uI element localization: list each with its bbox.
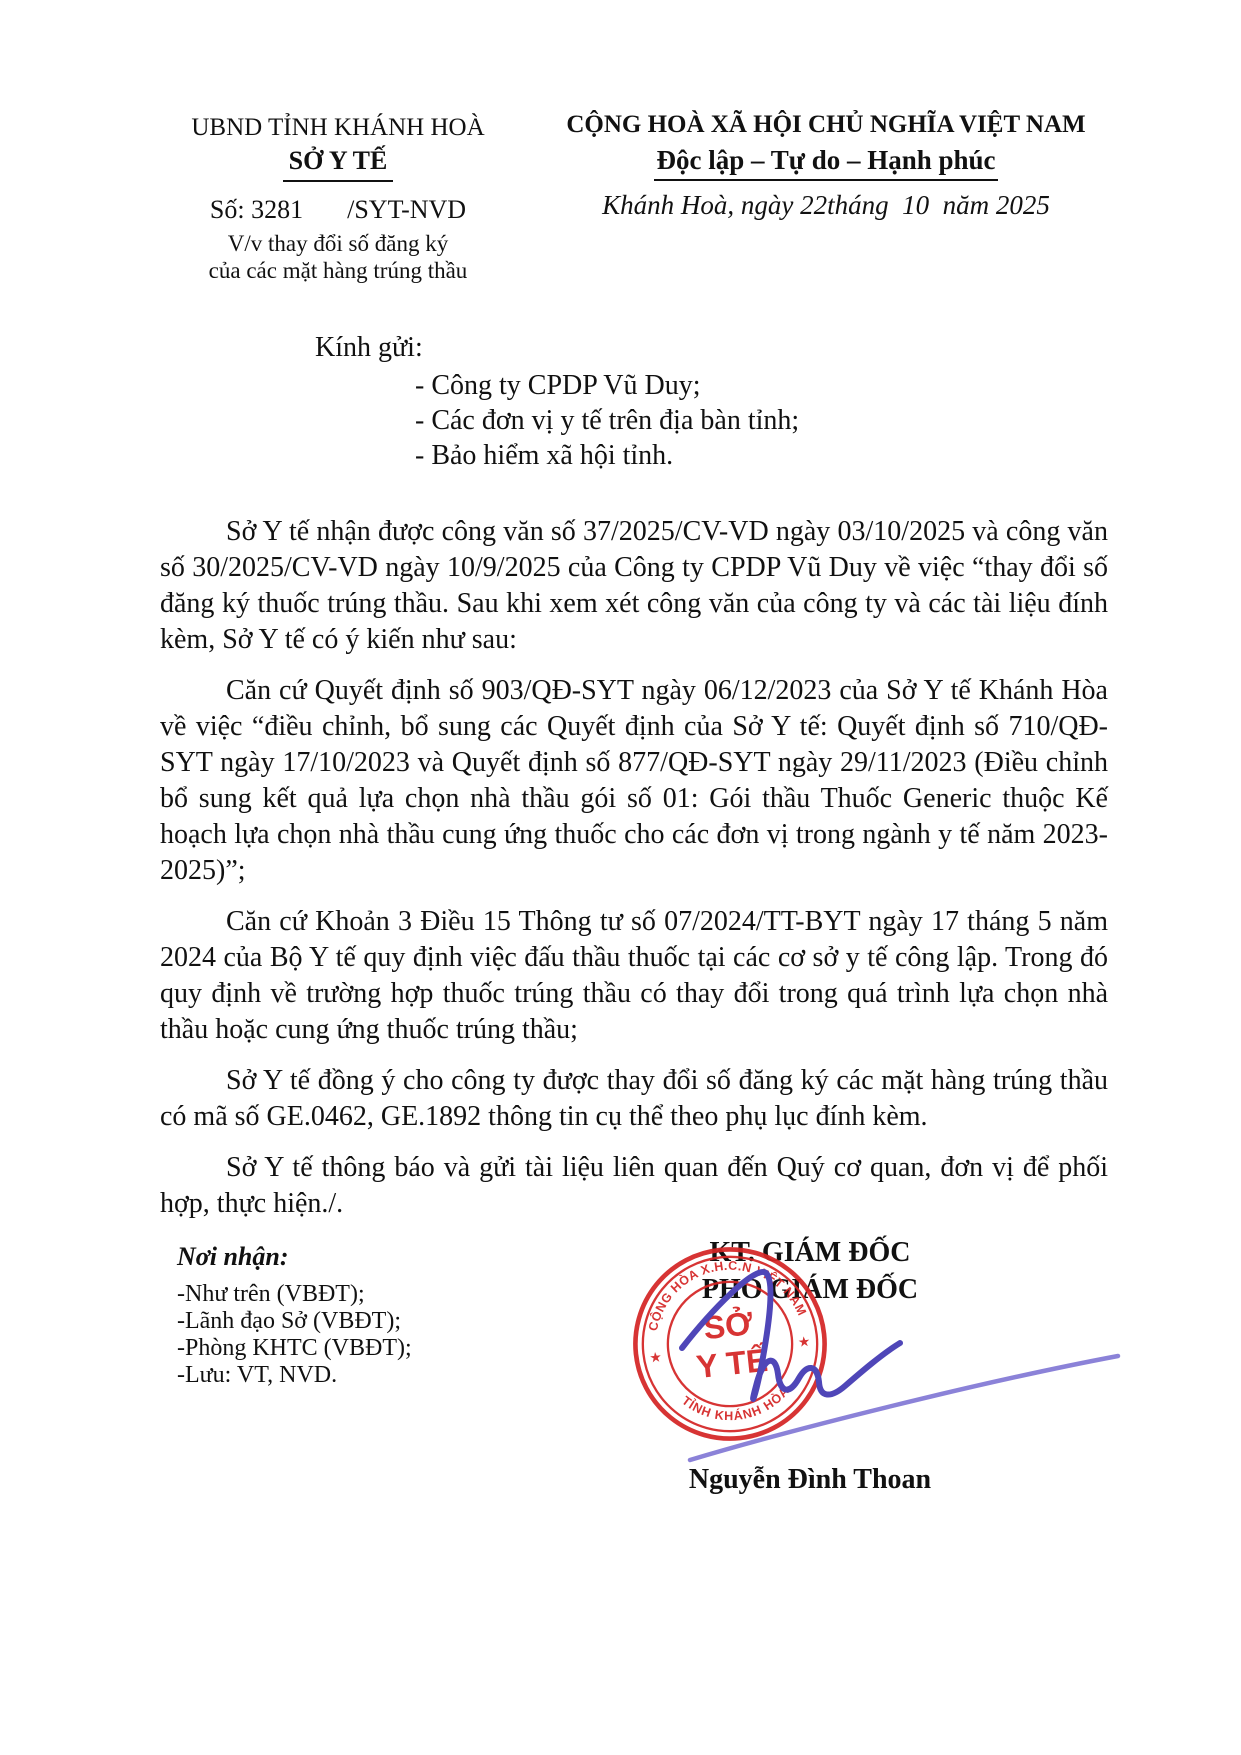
document-number-suffix: /SYT-NVD <box>347 194 466 227</box>
body-paragraph: Căn cứ Quyết định số 903/QĐ-SYT ngày 06/… <box>160 673 1108 889</box>
distribution-list: -Như trên (VBĐT); -Lãnh đạo Sở (VBĐT); -… <box>177 1281 412 1389</box>
body-paragraph: Sở Y tế đồng ý cho công ty được thay đổi… <box>160 1063 1108 1135</box>
body-paragraph: Sở Y tế nhận được công văn số 37/2025/CV… <box>160 514 1108 658</box>
document-page: UBND TỈNH KHÁNH HOÀ SỞ Y TẾ Số: 3281 /SY… <box>0 0 1241 1755</box>
handwritten-signature <box>560 1240 1160 1500</box>
national-title: CỘNG HOÀ XÃ HỘI CHỦ NGHĨA VIỆT NAM <box>556 110 1096 140</box>
recipient-list: - Công ty CPDP Vũ Duy; - Các đơn vị y tế… <box>415 368 799 473</box>
body-paragraph: Căn cứ Khoản 3 Điều 15 Thông tư số 07/20… <box>160 904 1108 1048</box>
distribution-item: -Như trên (VBĐT); <box>177 1281 412 1308</box>
body-paragraph: Sở Y tế thông báo và gửi tài liệu liên q… <box>160 1150 1108 1222</box>
national-motto: Độc lập – Tự do – Hạnh phúc <box>654 144 997 181</box>
subject-line-2: của các mặt hàng trúng thầu <box>168 257 508 284</box>
signature-underline-stroke <box>690 1356 1118 1460</box>
distribution-item: -Phòng KHTC (VBĐT); <box>177 1335 412 1362</box>
salutation-label: Kính gửi: <box>315 332 423 364</box>
parent-agency: UBND TỈNH KHÁNH HOÀ <box>168 112 508 143</box>
signature-stroke <box>682 1272 900 1399</box>
national-header-block: CỘNG HOÀ XÃ HỘI CHỦ NGHĨA VIỆT NAM Độc l… <box>556 110 1096 222</box>
distribution-label: Nơi nhận: <box>177 1242 289 1272</box>
national-motto-line: Độc lập – Tự do – Hạnh phúc <box>556 144 1096 181</box>
distribution-item: -Lãnh đạo Sở (VBĐT); <box>177 1308 412 1335</box>
agency-name: SỞ Y TẾ <box>283 145 394 182</box>
document-body: Sở Y tế nhận được công văn số 37/2025/CV… <box>160 514 1108 1237</box>
issuing-agency-block: UBND TỈNH KHÁNH HOÀ SỞ Y TẾ Số: 3281 /SY… <box>168 112 508 285</box>
recipient-item: - Bảo hiểm xã hội tỉnh. <box>415 438 799 473</box>
distribution-item: -Lưu: VT, NVD. <box>177 1362 412 1389</box>
document-number-line: Số: 3281 /SYT-NVD <box>168 194 508 227</box>
recipient-item: - Các đơn vị y tế trên địa bàn tỉnh; <box>415 403 799 438</box>
document-number: Số: 3281 <box>210 194 303 227</box>
recipient-item: - Công ty CPDP Vũ Duy; <box>415 368 799 403</box>
place-date-line: Khánh Hoà, ngày 22tháng 10 năm 2025 <box>556 189 1096 221</box>
subject-line-1: V/v thay đổi số đăng ký <box>168 230 508 257</box>
agency-name-line: SỞ Y TẾ <box>168 145 508 182</box>
